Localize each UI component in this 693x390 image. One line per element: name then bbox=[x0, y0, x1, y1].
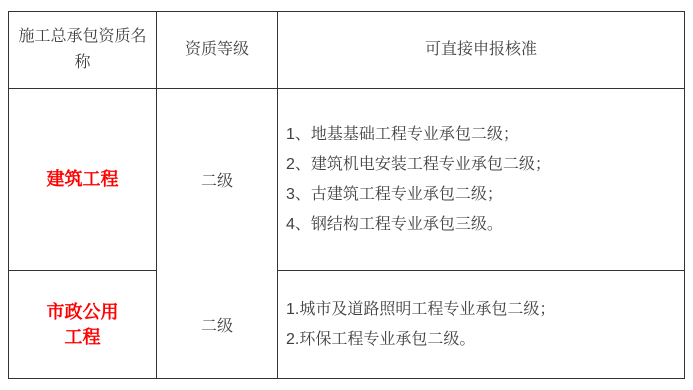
header-row: 施工总承包资质名称 资质等级 可直接申报核准 bbox=[9, 12, 685, 89]
row-level-municipal: 二级 bbox=[201, 318, 233, 335]
row-level-cell-municipal: 二级 bbox=[157, 271, 278, 379]
table-row-construction: 建筑工程 二级 1、地基基础工程专业承包二级； 2、建筑机电安装工程专业承包二级… bbox=[9, 89, 685, 271]
approval-item: 4、钢结构工程专业承包三级。 bbox=[286, 210, 674, 240]
approval-item: 1、地基基础工程专业承包二级； bbox=[286, 120, 674, 150]
table-row-municipal: 市政公用工程 二级 1.城市及道路照明工程专业承包二级； 2.环保工程专业承包二… bbox=[9, 271, 685, 379]
row-name-construction: 建筑工程 bbox=[47, 167, 119, 192]
approval-item: 3、古建筑工程专业承包二级； bbox=[286, 180, 674, 210]
row-name-cell-municipal: 市政公用工程 bbox=[9, 271, 157, 379]
row-name-municipal: 市政公用工程 bbox=[41, 300, 125, 350]
approval-item: 1.城市及道路照明工程专业承包二级； bbox=[286, 295, 674, 325]
header-label-level: 资质等级 bbox=[185, 41, 249, 58]
row-name-cell-construction: 建筑工程 bbox=[9, 89, 157, 271]
approval-items-list: 1、地基基础工程专业承包二级； 2、建筑机电安装工程专业承包二级； 3、古建筑工… bbox=[286, 120, 674, 240]
header-cell-qualification-name: 施工总承包资质名称 bbox=[9, 12, 157, 89]
page: 施工总承包资质名称 资质等级 可直接申报核准 建筑工程 二级 1 bbox=[0, 0, 693, 390]
header-cell-approval: 可直接申报核准 bbox=[278, 12, 685, 89]
row-level-cell-construction: 二级 bbox=[157, 89, 278, 271]
row-approval-cell-construction: 1、地基基础工程专业承包二级； 2、建筑机电安装工程专业承包二级； 3、古建筑工… bbox=[278, 89, 685, 271]
qualification-table: 施工总承包资质名称 资质等级 可直接申报核准 建筑工程 二级 1 bbox=[8, 11, 685, 379]
row-approval-cell-municipal: 1.城市及道路照明工程专业承包二级； 2.环保工程专业承包二级。 bbox=[278, 271, 685, 379]
header-cell-level: 资质等级 bbox=[157, 12, 278, 89]
row-level-construction: 二级 bbox=[201, 173, 233, 190]
approval-items-list: 1.城市及道路照明工程专业承包二级； 2.环保工程专业承包二级。 bbox=[286, 295, 674, 355]
approval-item: 2、建筑机电安装工程专业承包二级； bbox=[286, 150, 674, 180]
header-label-approval: 可直接申报核准 bbox=[425, 41, 537, 58]
header-label-qualification-name: 施工总承包资质名称 bbox=[15, 24, 151, 76]
approval-item: 2.环保工程专业承包二级。 bbox=[286, 325, 674, 355]
